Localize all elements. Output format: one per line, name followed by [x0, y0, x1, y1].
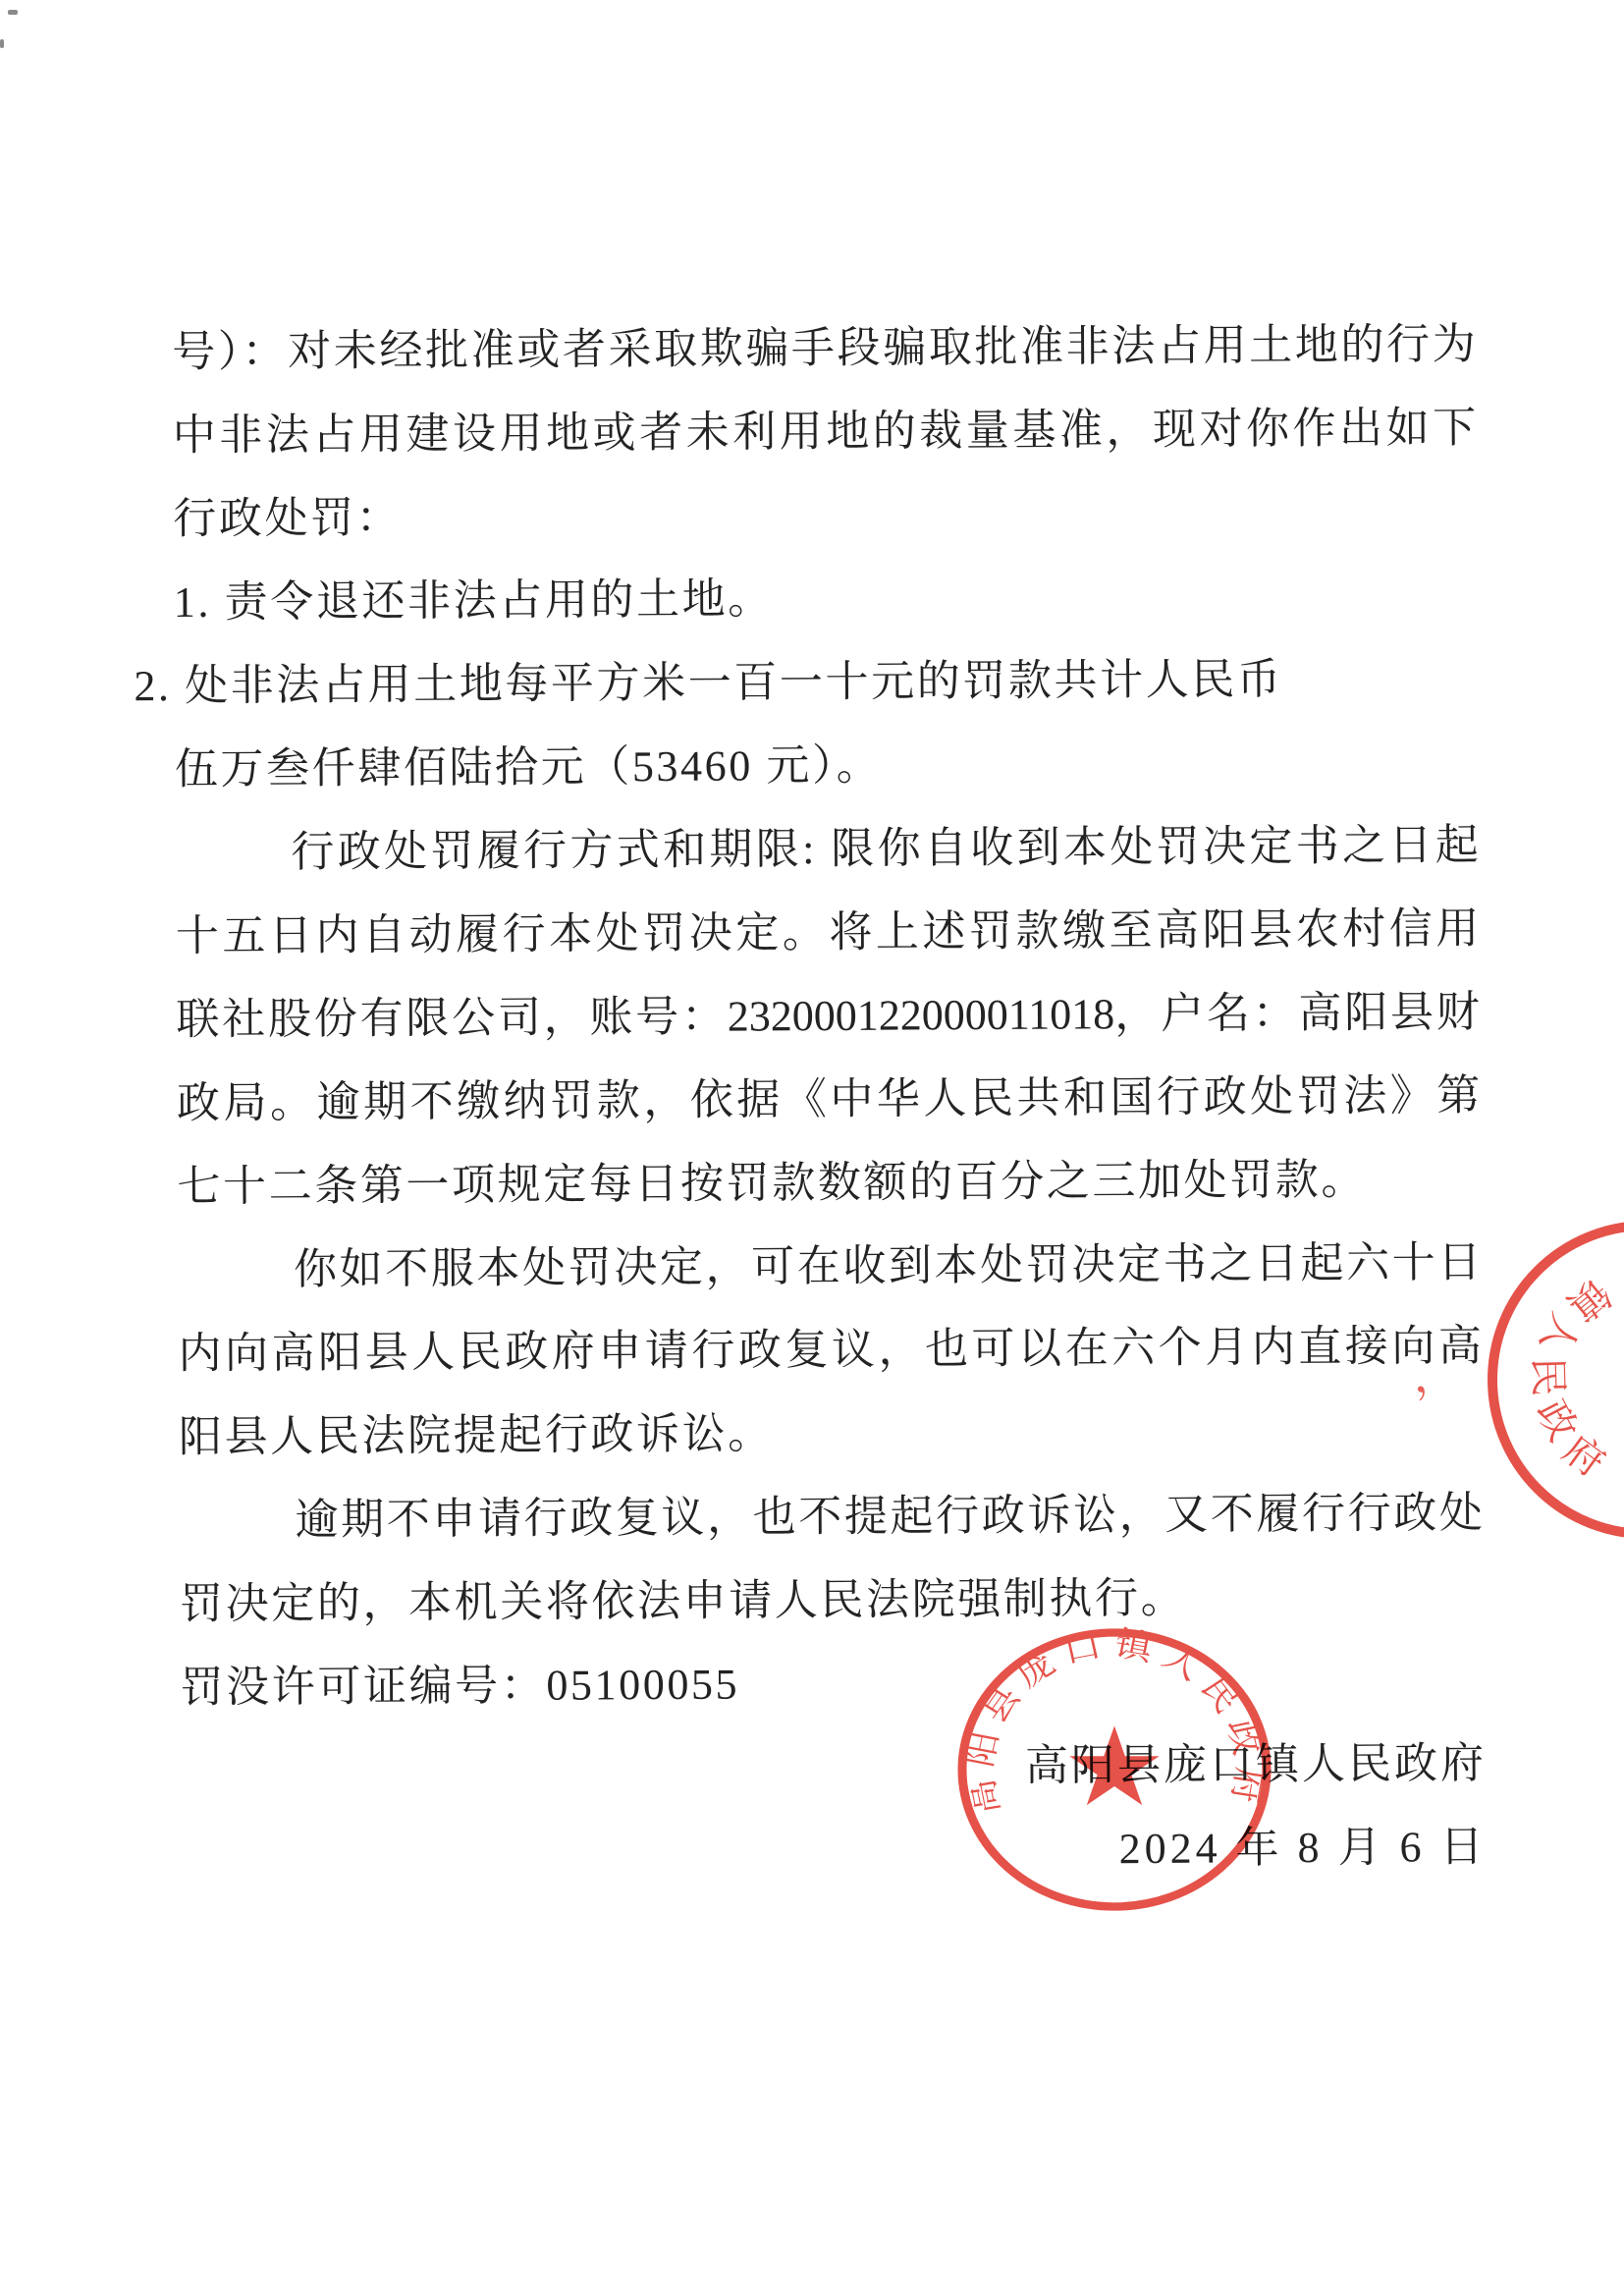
issuing-authority-signature: 高阳县庞口镇人民政府: [181, 1722, 1487, 1813]
scan-noise-speck: [0, 39, 4, 48]
partial-seal-arc-text: 镇人民政府: [1526, 1270, 1623, 1492]
intro-paragraph: 号）：对未经批准或者采取欺骗手段骗取批准非法占用土地的行为中非法占用建设用地或者…: [172, 302, 1480, 561]
partial-edge-seal: 镇人民政府: [1473, 1214, 1624, 1553]
seal-arc-text: 高阳县庞口镇人民政府: [957, 1623, 1272, 1818]
svg-text:镇人民政府: 镇人民政府: [1526, 1270, 1623, 1492]
penalty-item-1: 1. 责令退还非法占用的土地。: [174, 553, 1480, 644]
license-number-line: 罚没许可证编号：05100055: [180, 1638, 1486, 1729]
document-page: 号）：对未经批准或者采取欺骗手段骗取批准非法占用土地的行为中非法占用建设用地或者…: [0, 0, 1624, 2296]
official-seal: 高阳县庞口镇人民政府: [950, 1620, 1278, 1919]
seal-star-icon: [1069, 1725, 1159, 1805]
enforcement-paragraph: 逾期不申请行政复议，也不提起行政诉讼，又不履行行政处罚决定的，本机关将依法申请人…: [179, 1471, 1486, 1646]
bank-account-number: 232000122000011018: [728, 990, 1115, 1040]
payment-paragraph: 行政处罚履行方式和期限: 限你自收到本处罚决定书之日起十五日内自动履行本处罚决定…: [175, 803, 1484, 1229]
svg-text:高阳县庞口镇人民政府: 高阳县庞口镇人民政府: [957, 1623, 1272, 1818]
issue-date: 2024 年 8 月 6 日: [181, 1805, 1487, 1896]
document-body: 号）：对未经批准或者采取欺骗手段骗取批准非法占用土地的行为中非法占用建设用地或者…: [172, 302, 1488, 1896]
appeal-paragraph: 你如不服本处罚决定，可在收到本处罚决定书之日起六十日内向高阳县人民政府申请行政复…: [178, 1221, 1486, 1479]
penalty-item-2: 2. 处非法占用土地每平方米一百一十元的罚款共计人民币伍万叁仟肆佰陆拾元（534…: [174, 637, 1304, 811]
scan-noise-speck: [8, 10, 18, 15]
